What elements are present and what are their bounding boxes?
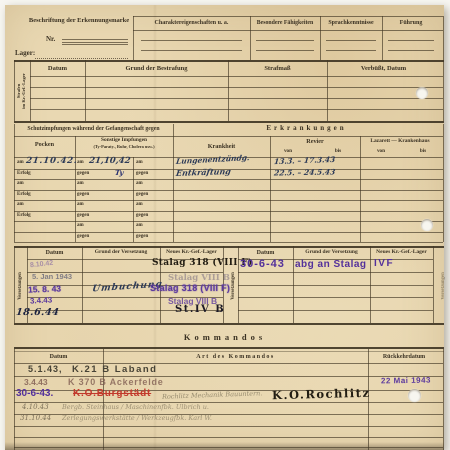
entry-pocken-date: 21.10.42. — [26, 157, 79, 166]
revier-bis: bis — [323, 149, 353, 154]
entry-krankheit-2: Entkräftung — [175, 167, 231, 177]
scanned-pow-record-card: Beschriftung der Erkennungsmarke Nr. Lag… — [0, 0, 450, 450]
label-am: am — [136, 181, 143, 186]
col-rule — [133, 157, 134, 242]
col-rule — [30, 60, 31, 121]
punch-hole — [421, 219, 433, 231]
vers-l-col-lager: Neues Kr.-Gef.-Lager — [160, 250, 223, 256]
komm-r5-datum: 31.10.44 — [20, 415, 51, 422]
komm-col-art: Art des Kommandos — [103, 354, 368, 360]
col-rule — [133, 16, 134, 60]
header-rule — [133, 30, 443, 31]
vers-l1-lager-stamp: Stalag 318 (VIII F) — [152, 259, 252, 268]
komm-r1-datum: 5.1.43, — [28, 365, 63, 374]
komm-col-datum: Datum — [14, 354, 103, 360]
vers-l-col-datum: Datum — [27, 250, 82, 256]
komm-r3-datum-stamp: 30-6-43. — [16, 389, 53, 400]
versetzungen-side-label-right: Versetzungen — [441, 250, 446, 322]
label-gegen: gegen — [77, 171, 89, 176]
vers-l2-lager-stamp: Stalag VIII B — [168, 274, 230, 283]
row-line — [14, 232, 443, 233]
col-rule — [14, 124, 15, 242]
header-rule — [30, 76, 443, 77]
komm-r3-rochlitz-stamp: K.O.Rochlitz — [272, 387, 371, 402]
row-line — [14, 211, 443, 212]
entry-sonstige-date: 21,10,42 — [89, 157, 131, 166]
vers-l4-datum-stamp: 3.4.43 — [30, 296, 53, 306]
row-line — [14, 179, 443, 180]
col-rule — [370, 246, 371, 323]
label-gegen: gegen — [136, 171, 148, 176]
label-gegen: gegen — [136, 234, 148, 239]
vers-l3-datum-stamp: 15. 8. 43 — [28, 284, 61, 294]
label-gegen: gegen — [77, 192, 89, 197]
row-line — [30, 98, 443, 99]
impfungen-title: Schutzimpfungen während der Gefangenscha… — [14, 126, 173, 132]
row-line — [141, 40, 242, 41]
label-am: am — [17, 160, 24, 165]
col-rule — [320, 16, 321, 60]
col-rule — [14, 246, 15, 323]
col-rule — [443, 16, 444, 60]
row-line — [238, 272, 433, 273]
section-rule — [14, 323, 444, 325]
col-sonstige-2: (Ty-Paraty., Ruhr, Cholera usw.) — [75, 145, 173, 150]
revier-von: von — [273, 149, 303, 154]
paper-sheet: Beschriftung der Erkennungsmarke Nr. Lag… — [5, 5, 444, 450]
col-rule — [293, 246, 294, 323]
row-line — [388, 50, 434, 51]
label-am: am — [136, 202, 143, 207]
nr-line — [62, 44, 128, 45]
section-rule — [14, 60, 444, 62]
col-rule — [443, 124, 444, 242]
row-line — [256, 40, 314, 41]
row-line — [326, 40, 376, 41]
col-rule — [82, 246, 83, 323]
komm-r4-art: Bergb. Steinhaus / Maschinenfbk. Ulbrich… — [62, 404, 209, 411]
label-am: am — [136, 223, 143, 228]
nr-line — [62, 39, 128, 40]
col-fuehrung: Führung — [382, 20, 440, 26]
komm-r3-art-stamp: K.O.Burgstädt — [73, 389, 151, 400]
row-line — [14, 190, 443, 191]
row-line — [30, 87, 443, 88]
label-am: am — [77, 202, 84, 207]
table-top-rule — [133, 16, 443, 17]
col-krankheit: Krankheit — [173, 144, 270, 151]
kommandos-title: Kommandos — [150, 333, 300, 342]
vers-r-col-datum: Datum — [238, 250, 293, 256]
col-rule — [360, 136, 361, 242]
entry-revier-1: 13.3. – 17.3.43 — [274, 156, 336, 166]
vers-r1-grund-stamp: abg an Stalag — [295, 260, 367, 271]
label-erfolg: Erfolg — [17, 213, 31, 218]
label-am: am — [136, 160, 143, 165]
vers-r1-lager-stamp: IVF — [374, 259, 394, 270]
komm-r4-datum: 4.10.43 — [22, 404, 49, 411]
komm-r2-rueckkehr-stamp: 22 Mai 1943 — [381, 377, 431, 386]
col-rule — [14, 60, 15, 121]
title-rule-thin — [14, 351, 444, 352]
col-rule — [85, 60, 86, 121]
nr-line — [62, 42, 128, 43]
lazarett-bis: bis — [408, 149, 438, 154]
komm-r3-pencil-note: Rochlitz Mechanik Bauuntern. — [162, 390, 263, 400]
row-line — [326, 50, 376, 51]
row-line — [14, 221, 443, 222]
row-line — [14, 437, 443, 438]
vers-l5-lager-stamp: St.IV B — [175, 305, 225, 316]
label-am: am — [17, 202, 24, 207]
erkrankungen-title: Erkrankungen — [173, 125, 440, 132]
lazarett-von: von — [366, 149, 396, 154]
col-rule — [228, 60, 229, 121]
strafen-col-grund: Grund der Bestrafung — [85, 66, 228, 73]
col-rule — [382, 16, 383, 60]
komm-r2-datum: 3.4.43 — [24, 378, 48, 387]
row-line — [388, 40, 434, 41]
col-rule — [327, 60, 328, 121]
row-line — [141, 50, 242, 51]
punch-hole — [416, 87, 428, 99]
strafen-side-line2: im Kr.-Gef.-Lager — [21, 73, 26, 109]
label-gegen: gegen — [136, 213, 148, 218]
col-rule — [270, 136, 271, 242]
label-gegen: gegen — [77, 213, 89, 218]
label-am: am — [77, 223, 84, 228]
nr-label: Nr. — [46, 36, 55, 43]
label-erfolg: Erfolg — [17, 171, 31, 176]
label-am: am — [77, 181, 84, 186]
row-line — [238, 285, 433, 286]
komm-col-rueckkehr: Rückkehrdatum — [368, 354, 440, 360]
col-rule — [443, 60, 444, 121]
label-erfolg: Erfolg — [17, 192, 31, 197]
vers-l2-datum-stamp: 5. Jan 1943 — [32, 273, 72, 281]
col-rule — [443, 349, 444, 450]
entry-krankheit-1: Lungenentzündg. — [176, 154, 250, 166]
row-line — [30, 109, 443, 110]
col-sprachen: Sprachkenntnisse — [320, 20, 382, 26]
strafen-col-strafmass: Strafmaß — [228, 66, 327, 73]
strafen-side-label: Strafen im Kr.-Gef.-Lager — [17, 63, 27, 119]
komm-r1-art: K.21 B Laband — [72, 365, 158, 375]
col-revier: Revier — [270, 139, 360, 146]
bottom-edge-shadow — [5, 442, 444, 450]
col-rule — [173, 124, 174, 242]
col-lazarett: Lazarett — Krankenhaus — [360, 139, 440, 145]
col-pocken: Pocken — [14, 142, 75, 149]
vers-l1-datum-stamp: 8.10.42 — [30, 260, 54, 270]
section-rule — [14, 121, 444, 123]
col-rule — [75, 136, 76, 242]
komm-r5-art: Zerlegungswerkstätte / Werkzeugfbk. Karl… — [62, 415, 212, 422]
entry-sonstige-gegen: Ty — [114, 169, 124, 176]
lager-label: Lager: — [15, 50, 35, 57]
row-line — [238, 310, 433, 311]
row-line — [14, 426, 443, 427]
col-rule — [14, 349, 15, 450]
col-faehigkeiten: Besondere Fähigkeiten — [250, 20, 320, 26]
title-rule — [14, 347, 444, 349]
row-line — [256, 50, 314, 51]
section-rule — [14, 246, 444, 248]
col-rule — [433, 246, 434, 323]
col-charakter: Charaktereigenschaften u. a. — [133, 20, 250, 26]
vers-l5-datum-handwriting: 18.6.44 — [15, 308, 59, 318]
vers-r1-datum-stamp: 30-6-43 — [240, 259, 285, 271]
strafen-col-verbuesst: Verbüßt, Datum — [327, 66, 440, 73]
col-rule — [250, 16, 251, 60]
vers-l-col-grund: Grund der Versetzung — [82, 250, 160, 256]
rule — [14, 242, 443, 243]
row-line — [238, 297, 433, 298]
label-gegen: gegen — [77, 234, 89, 239]
row-line — [14, 200, 443, 201]
vers-r-col-grund: Grund der Versetzung — [293, 250, 370, 256]
col-sonstige-1: Sonstige Impfungen — [75, 138, 173, 144]
vers-l3-lager-stamp: Stalag 318 (VIII F) — [150, 284, 230, 293]
label-gegen: gegen — [136, 192, 148, 197]
punch-hole — [408, 389, 421, 402]
lager-dotted-line — [35, 58, 128, 59]
entry-revier-2: 22.5. – 24.5.43 — [274, 168, 336, 177]
komm-r2-art: K 370 B Ackerfelde — [68, 378, 164, 387]
rule — [14, 136, 443, 137]
vers-r-col-lager: Neues Kr.-Gef.-Lager — [370, 250, 433, 256]
erkennungsmarke-label: Beschriftung der Erkennungsmarke — [24, 18, 134, 25]
label-am: am — [17, 181, 24, 186]
strafen-col-datum: Datum — [30, 66, 85, 73]
